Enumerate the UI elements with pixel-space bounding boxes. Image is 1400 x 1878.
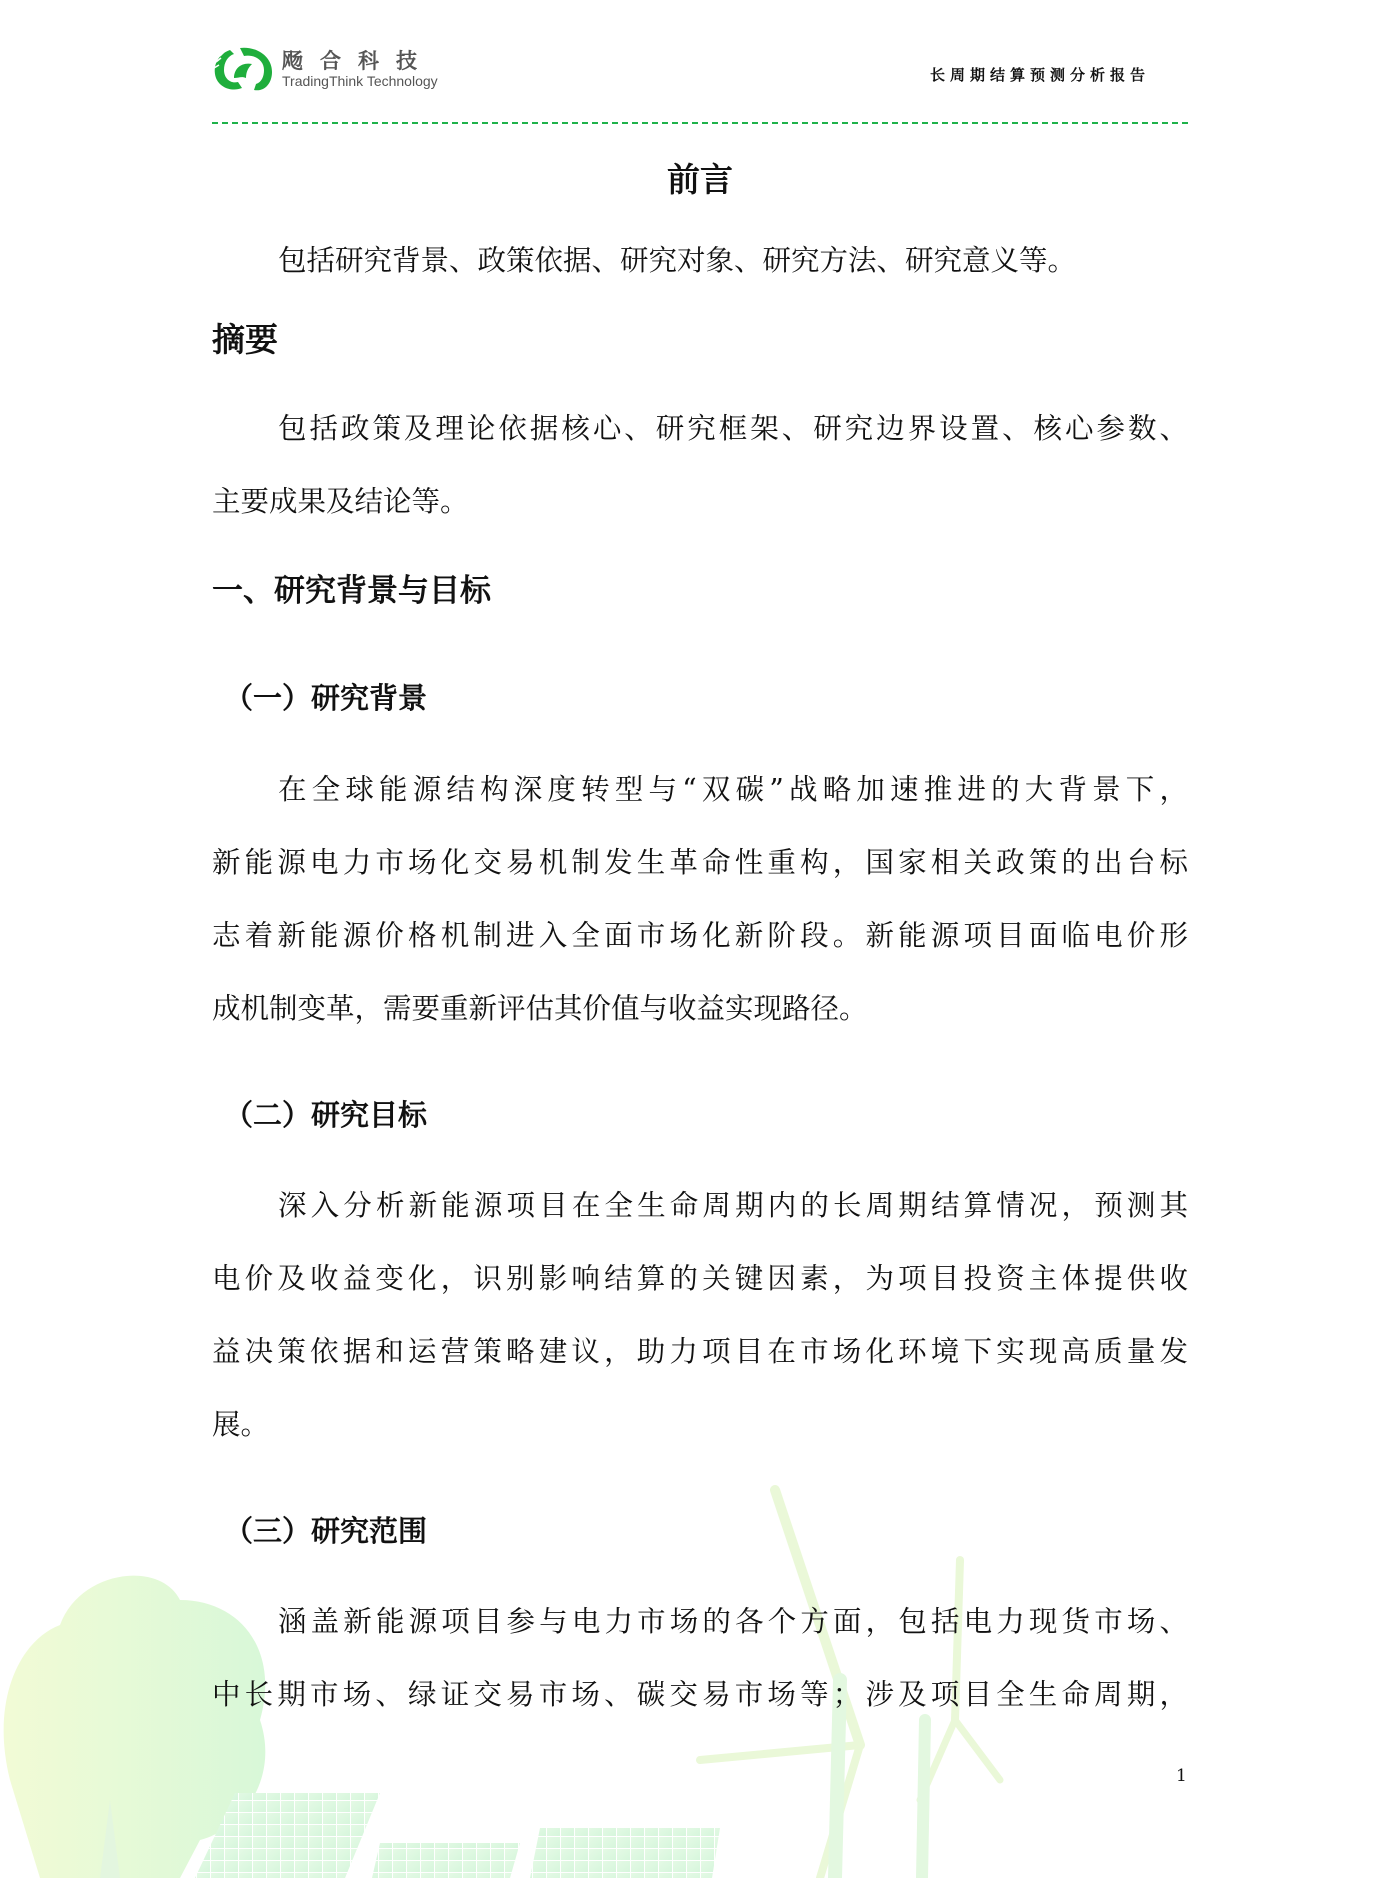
subsection-scope-title: （三）研究范围	[224, 1511, 427, 1551]
subsection-objectives-paragraph: 深入分析新能源项目在全生命周期内的长周期结算情况，预测其 电价及收益变化，识别影…	[212, 1169, 1188, 1461]
preface-title: 前言	[212, 158, 1188, 202]
section-1-title: 一、研究背景与目标	[212, 570, 491, 612]
paragraph-line: 志着新能源价格机制进入全面市场化新阶段。新能源项目面临电价形	[212, 899, 1188, 972]
paragraph-line: 包括研究背景、政策依据、研究对象、研究方法、研究意义等。	[212, 224, 1188, 297]
paragraph-line: 电价及收益变化，识别影响结算的关键因素，为项目投资主体提供收	[212, 1242, 1188, 1315]
paragraph-line: 深入分析新能源项目在全生命周期内的长周期结算情况，预测其	[212, 1169, 1188, 1242]
subsection-objectives-title: （二）研究目标	[224, 1095, 427, 1135]
paragraph-line: 新能源电力市场化交易机制发生革命性重构，国家相关政策的出台标	[212, 826, 1188, 899]
company-name-cn: 飏合科技	[282, 49, 438, 73]
paragraph-line: 主要成果及结论等。	[212, 465, 1188, 538]
subsection-scope-paragraph: 涵盖新能源项目参与电力市场的各个方面，包括电力现货市场、 中长期市场、绿证交易市…	[212, 1585, 1188, 1731]
abstract-paragraph: 包括政策及理论依据核心、研究框架、研究边界设置、核心参数、 主要成果及结论等。	[212, 392, 1188, 538]
paragraph-line: 涵盖新能源项目参与电力市场的各个方面，包括电力现货市场、	[212, 1585, 1188, 1658]
subsection-background-paragraph: 在全球能源结构深度转型与“双碳”战略加速推进的大背景下， 新能源电力市场化交易机…	[212, 753, 1188, 1045]
header-divider	[212, 122, 1188, 124]
paragraph-line: 包括政策及理论依据核心、研究框架、研究边界设置、核心参数、	[212, 392, 1188, 465]
paragraph-line: 展。	[212, 1388, 1188, 1461]
paragraph-line: 成机制变革，需要重新评估其价值与收益实现路径。	[212, 972, 1188, 1045]
paragraph-line: 中长期市场、绿证交易市场、碳交易市场等；涉及项目全生命周期，	[212, 1658, 1188, 1731]
subsection-background-title: （一）研究背景	[224, 678, 427, 718]
paragraph-line: 益决策依据和运营策略建议，助力项目在市场化环境下实现高质量发	[212, 1315, 1188, 1388]
page-number: 1	[1176, 1766, 1187, 1786]
company-name-en: TradingThink Technology	[282, 73, 438, 89]
page-header: 飏合科技 TradingThink Technology 长周期结算预测分析报告	[212, 44, 1188, 94]
preface-paragraph: 包括研究背景、政策依据、研究对象、研究方法、研究意义等。	[212, 224, 1188, 297]
report-title: 长周期结算预测分析报告	[930, 64, 1150, 85]
abstract-title: 摘要	[212, 318, 278, 362]
paragraph-line: 在全球能源结构深度转型与“双碳”战略加速推进的大背景下，	[212, 753, 1188, 826]
company-logo: 飏合科技 TradingThink Technology	[212, 46, 438, 92]
company-logo-icon	[212, 46, 276, 92]
document-page: 飏合科技 TradingThink Technology 长周期结算预测分析报告…	[0, 0, 1400, 1878]
